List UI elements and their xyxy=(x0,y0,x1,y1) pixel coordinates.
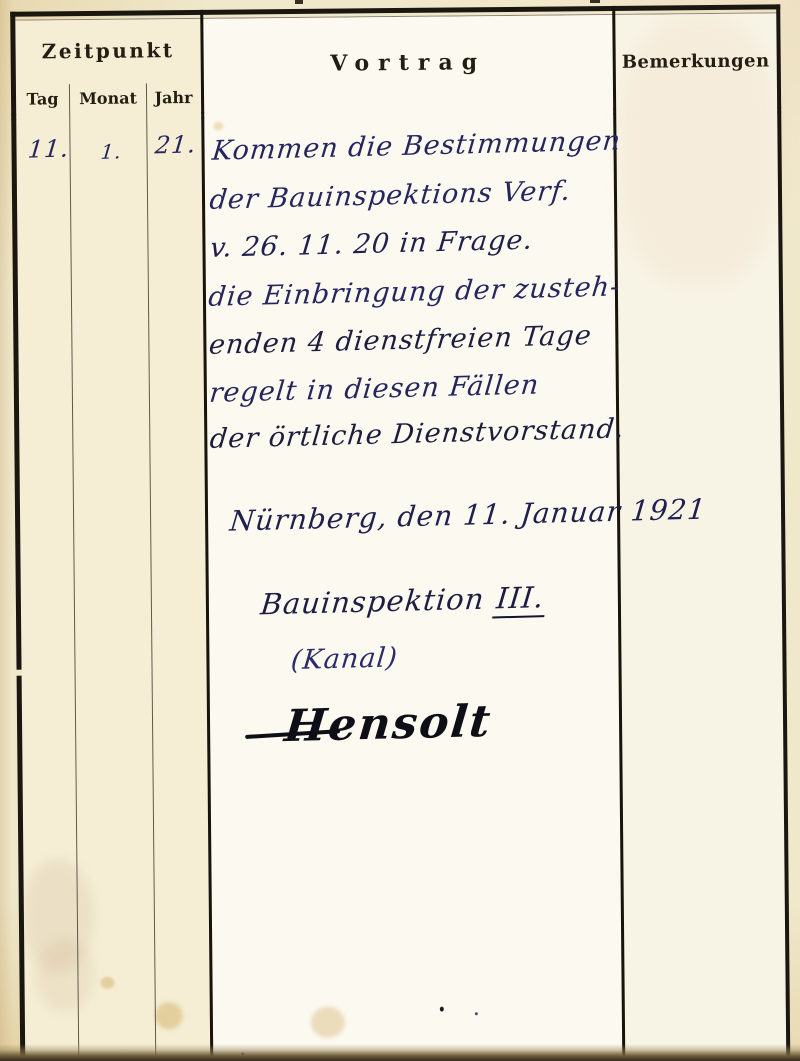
zeitpunkt-header-label: Zeitpunkt xyxy=(15,38,200,64)
vortrag-header-label: Vortrag xyxy=(204,48,613,78)
office-line: BauinspektionIII. xyxy=(259,580,548,621)
bemerkungen-header-label: Bemerkungen xyxy=(615,50,777,73)
ink-dot xyxy=(475,1012,478,1015)
monat-header-label: Monat xyxy=(70,88,146,108)
ink-dot xyxy=(440,1007,444,1012)
signature: Hensolt xyxy=(282,696,494,752)
scanned-ledger-page: { "header": { "zeitpunkt": { "label": "Z… xyxy=(0,0,800,1061)
jahr-header-label: Jahr xyxy=(146,88,201,108)
entry-month-value: 1. xyxy=(100,139,123,164)
office-name: Bauinspektion xyxy=(259,582,486,622)
paper-stain xyxy=(213,122,223,131)
entry-day-value: 11. xyxy=(27,135,71,164)
paper-stain xyxy=(34,938,95,1014)
office-note: (Kanal) xyxy=(290,642,400,676)
vortrag-column-background xyxy=(203,15,622,1061)
scan-bottom-edge xyxy=(0,1044,800,1061)
paper-stain xyxy=(155,1002,183,1029)
tag-header-label: Tag xyxy=(16,89,69,109)
scan-edge-mark xyxy=(295,0,303,4)
paper-stain xyxy=(100,977,114,989)
office-number: III. xyxy=(493,580,548,618)
ledger-table: Zeitpunkt Tag Monat Jahr Vortrag Bemerku… xyxy=(0,0,800,1061)
border-scan-gap xyxy=(16,670,23,676)
paper-stain xyxy=(311,1007,345,1038)
scan-edge-mark xyxy=(590,0,600,3)
entry-year-value: 21. xyxy=(154,130,198,159)
